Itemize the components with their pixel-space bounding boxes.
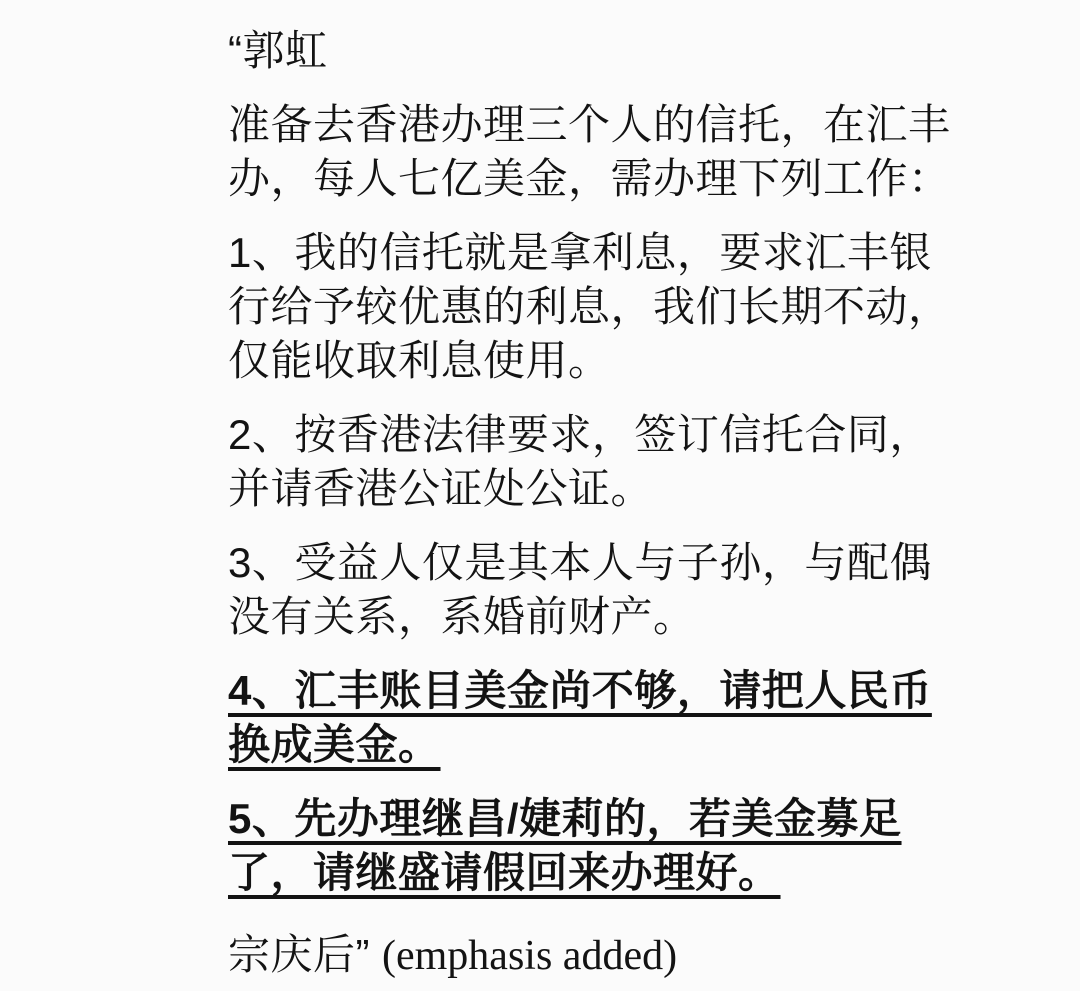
emphasized-text-line: 换成美金。	[228, 718, 990, 772]
text-line: 准备去香港办理三个人的信托，在汇丰	[228, 98, 990, 152]
text-line: 行给予较优惠的利息，我们长期不动，	[228, 280, 990, 334]
text-line: 仅能收取利息使用。	[228, 334, 990, 388]
emphasized-text-line: 4、汇丰账目美金尚不够，请把人民币	[228, 664, 990, 718]
document-page: “郭虹 准备去香港办理三个人的信托，在汇丰 办，每人七亿美金，需办理下列工作： …	[0, 0, 1080, 991]
signature-paragraph: 宗庆后”(emphasis added)	[228, 928, 990, 983]
emphasis-added-annotation: (emphasis added)	[382, 933, 677, 979]
list-item-1: 1、我的信托就是拿利息，要求汇丰银 行给予较优惠的利息，我们长期不动， 仅能收取…	[228, 226, 990, 388]
text-line: 没有关系，系婚前财产。	[228, 590, 990, 644]
salutation-line: “郭虹	[228, 24, 990, 78]
list-item-4-emphasized: 4、汇丰账目美金尚不够，请把人民币 换成美金。	[228, 664, 990, 772]
emphasized-text-line: 了，请继盛请假回来办理好。	[228, 846, 990, 900]
text-line: 并请香港公证处公证。	[228, 462, 990, 516]
intro-paragraph: 准备去香港办理三个人的信托，在汇丰 办，每人七亿美金，需办理下列工作：	[228, 98, 990, 206]
text-line: 1、我的信托就是拿利息，要求汇丰银	[228, 226, 990, 280]
text-line: 办，每人七亿美金，需办理下列工作：	[228, 152, 990, 206]
list-item-5-emphasized: 5、先办理继昌/婕莉的，若美金募足 了，请继盛请假回来办理好。	[228, 792, 990, 900]
list-item-3: 3、受益人仅是其本人与子孙，与配偶 没有关系，系婚前财产。	[228, 536, 990, 644]
list-item-2: 2、按香港法律要求，签订信托合同， 并请香港公证处公证。	[228, 408, 990, 516]
emphasized-text-line: 5、先办理继昌/婕莉的，若美金募足	[228, 792, 990, 846]
salutation-paragraph: “郭虹	[228, 24, 990, 78]
text-line: 3、受益人仅是其本人与子孙，与配偶	[228, 536, 990, 590]
text-line: 2、按香港法律要求，签订信托合同，	[228, 408, 990, 462]
signature-name: 宗庆后”	[228, 931, 370, 978]
